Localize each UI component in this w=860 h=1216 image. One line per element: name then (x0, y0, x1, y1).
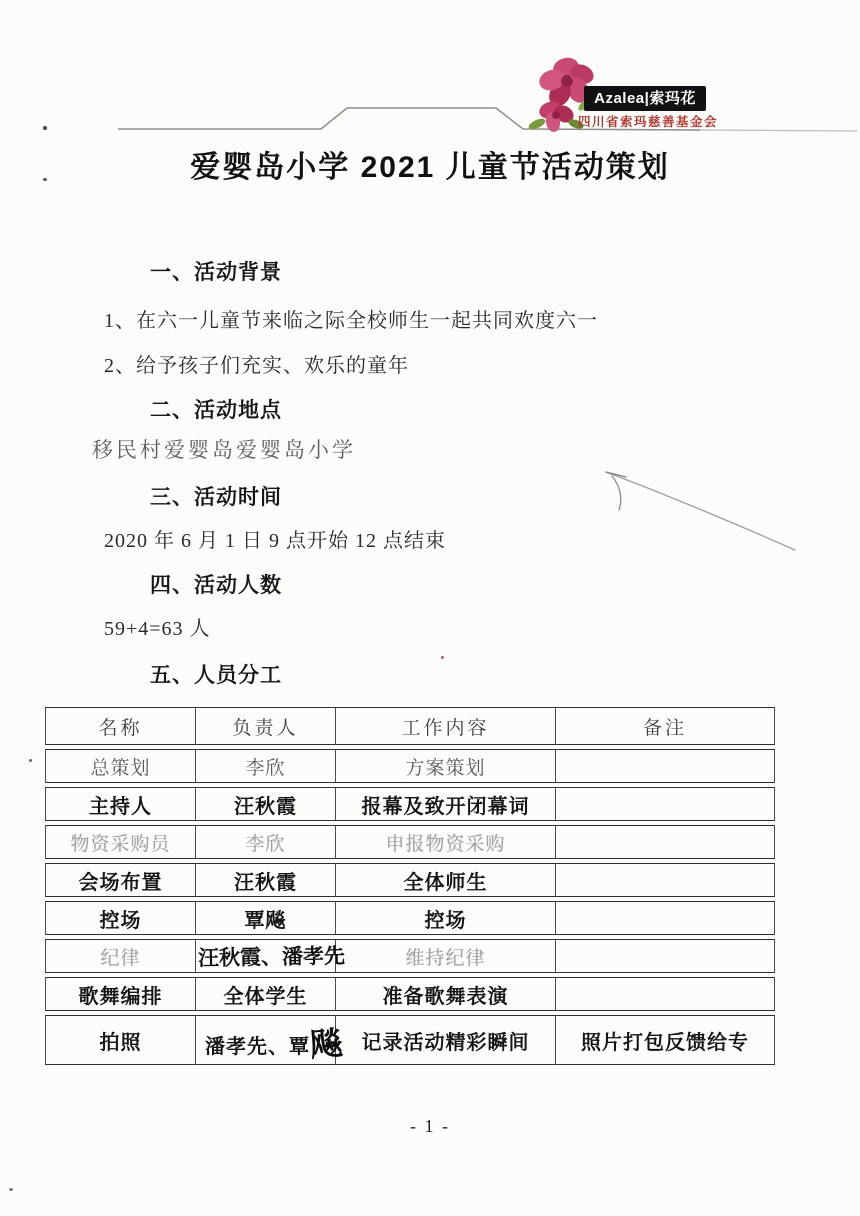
logo-brand-text: Azalea|索玛花 (584, 86, 706, 111)
cell-person: 汪秋霞 (195, 863, 335, 897)
logo-org-text: 四川省索玛慈善基金会 (578, 112, 718, 130)
handwritten-arrow-mark (590, 450, 805, 565)
section-heading-1: 一、活动背景 (150, 256, 282, 286)
cell-note (555, 749, 775, 783)
cell-person: 汪秋霞 (195, 787, 335, 821)
scan-speck (29, 759, 32, 762)
cell-work: 报幕及致开闭幕词 (335, 787, 555, 821)
cell-name: 歌舞编排 (45, 977, 195, 1011)
section-2-line-1: 移民村爱婴岛爱婴岛小学 (92, 434, 356, 464)
col-header-note: 备注 (555, 707, 775, 745)
document-title: 爱婴岛小学 2021 儿童节活动策划 (0, 142, 860, 186)
table-row: 歌舞编排 全体学生 准备歌舞表演 (45, 977, 775, 1011)
cell-person: 李欣 (195, 825, 335, 859)
cell-person: 潘孝先、覃飚 (195, 1015, 335, 1065)
scan-speck (9, 1188, 13, 1191)
cell-note (555, 863, 775, 897)
cell-work: 控场 (335, 901, 555, 935)
scan-speck (43, 126, 47, 130)
table-row: 主持人 汪秋霞 报幕及致开闭幕词 (45, 787, 775, 821)
cell-name: 主持人 (45, 787, 195, 821)
handwritten-overflow-char: 飚 (308, 1018, 344, 1067)
cell-note (555, 787, 775, 821)
section-3-line-1: 2020 年 6 月 1 日 9 点开始 12 点结束 (104, 524, 446, 553)
header-rule-line (0, 0, 860, 150)
cell-person: 汪秋霞、潘孝先 (195, 939, 335, 973)
section-4-line-1: 59+4=63 人 (104, 612, 211, 641)
cell-person: 李欣 (195, 749, 335, 783)
col-header-name: 名称 (45, 707, 195, 745)
cell-person: 全体学生 (195, 977, 335, 1011)
cell-name: 纪律 (45, 939, 195, 973)
cell-note (555, 901, 775, 935)
cell-name: 总策划 (45, 749, 195, 783)
table-row: 控场 覃飚 控场 (45, 901, 775, 935)
cell-work: 申报物资采购 (335, 825, 555, 859)
foundation-logo: Azalea|索玛花 四川省索玛慈善基金会 (520, 50, 730, 135)
cell-note (555, 825, 775, 859)
section-heading-4: 四、活动人数 (150, 569, 282, 599)
table-row: 会场布置 汪秋霞 全体师生 (45, 863, 775, 897)
cell-note: 照片打包反馈给专 (555, 1015, 775, 1065)
personnel-assignment-table: 名称 负责人 工作内容 备注 总策划 李欣 方案策划 主持人 汪秋霞 报幕及致开… (45, 703, 775, 1069)
col-header-work: 工作内容 (335, 707, 555, 745)
section-heading-5: 五、人员分工 (150, 659, 282, 689)
cell-work: 维持纪律 (335, 939, 555, 973)
col-header-person: 负责人 (195, 707, 335, 745)
cell-name: 物资采购员 (45, 825, 195, 859)
table-row: 纪律 汪秋霞、潘孝先 维持纪律 (45, 939, 775, 973)
table-header-row: 名称 负责人 工作内容 备注 (45, 707, 775, 745)
cell-work: 方案策划 (335, 749, 555, 783)
cell-work: 全体师生 (335, 863, 555, 897)
scan-speck (43, 178, 47, 181)
handwritten-names: 潘孝先、覃 (205, 1036, 310, 1058)
cell-work: 记录活动精彩瞬间 (335, 1015, 555, 1065)
table-row: 物资采购员 李欣 申报物资采购 (45, 825, 775, 859)
handwritten-names: 汪秋霞、潘孝先 (198, 940, 346, 973)
cell-note (555, 939, 775, 973)
page-number: - 1 - (0, 1116, 860, 1137)
table-row: 拍照 潘孝先、覃飚 记录活动精彩瞬间 照片打包反馈给专 (45, 1015, 775, 1065)
table-row: 总策划 李欣 方案策划 (45, 749, 775, 783)
section-1-line-1: 1、在六一儿童节来临之际全校师生一起共同欢度六一 (104, 304, 598, 333)
section-heading-3: 三、活动时间 (150, 481, 282, 511)
section-heading-2: 二、活动地点 (150, 394, 282, 424)
scanned-document-page: Azalea|索玛花 四川省索玛慈善基金会 爱婴岛小学 2021 儿童节活动策划… (0, 0, 860, 1216)
cell-person: 覃飚 (195, 901, 335, 935)
cell-name: 控场 (45, 901, 195, 935)
cell-name: 会场布置 (45, 863, 195, 897)
scan-speck (441, 656, 444, 659)
cell-name: 拍照 (45, 1015, 195, 1065)
cell-note (555, 977, 775, 1011)
cell-work: 准备歌舞表演 (335, 977, 555, 1011)
section-1-line-2: 2、给予孩子们充实、欢乐的童年 (104, 349, 409, 378)
